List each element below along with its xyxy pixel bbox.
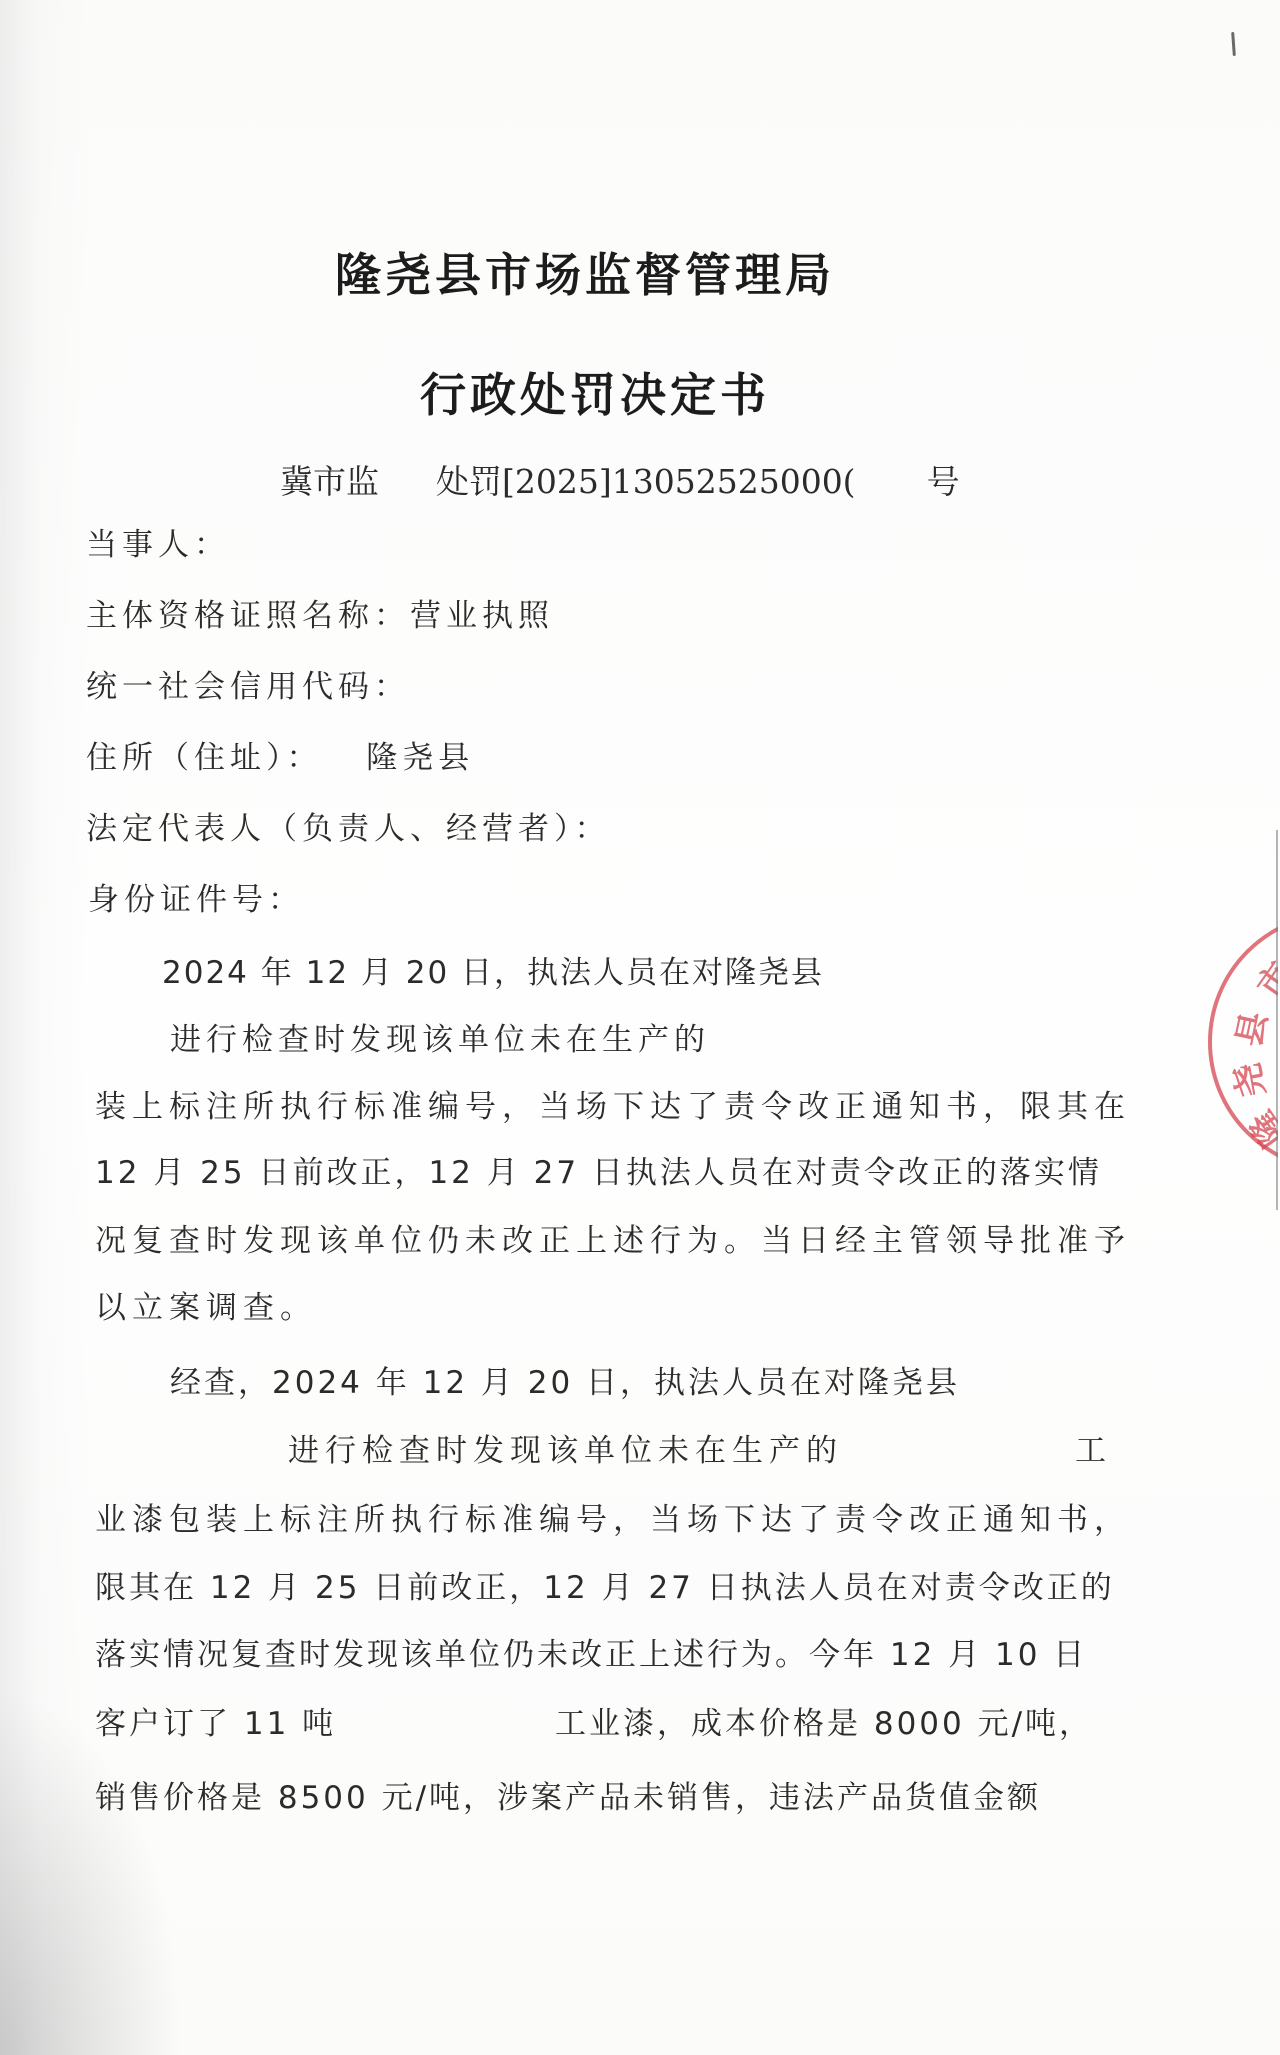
stamp-char: 市 <box>1243 951 1278 1007</box>
stamp-char: 尧 <box>1220 1060 1274 1102</box>
page-edge-line <box>1276 830 1278 1210</box>
stamp-clip: 市 县 尧 隆 <box>0 0 1278 2055</box>
stamp-char: 县 <box>1222 1007 1277 1050</box>
stamp-char: 隆 <box>1235 1103 1278 1159</box>
official-seal-stamp: 市 县 尧 隆 <box>1208 912 1278 1172</box>
